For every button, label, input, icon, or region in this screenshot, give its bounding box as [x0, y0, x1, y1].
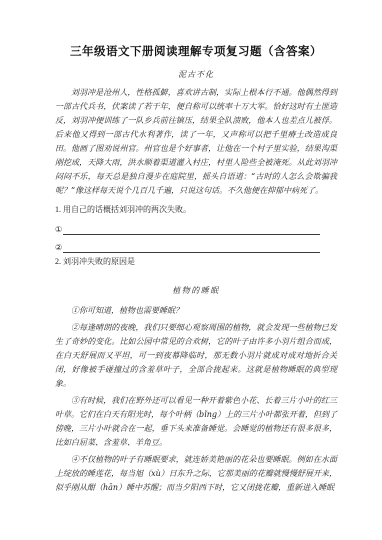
circled-1-marker: ①: [55, 225, 62, 235]
passage1-body: 刘羽冲是沧州人，性格孤僻，喜欢讲古制，实际上根本行不通。他偶然得到一部古代兵书，…: [55, 86, 337, 198]
circled-2-marker: ②: [55, 243, 62, 253]
answer-line-1: [63, 225, 320, 235]
answer-blank-1: ①: [55, 217, 320, 235]
passage2-paragraph-2: ②每逢晴朗的夜晚，我们只要细心观察周围的植物，就会发现一些植物已发生了奇妙的变化…: [55, 321, 337, 391]
passage2-paragraph-4: ④不仅植物的叶子有睡眠要求，就连娇美艳丽的花朵也要睡眠。例如在水面上绽放的睡莲花…: [55, 453, 337, 495]
question-2: 2. 刘羽冲失败的原因是: [55, 255, 337, 269]
page-title: 三年级语文下册阅读理解专项复习题（含答案）: [55, 44, 337, 60]
question-1: 1. 用自己的话概括刘羽冲的两次失败。: [55, 203, 337, 217]
answer-blank-2: ②: [55, 235, 320, 253]
passage2-paragraph-3: ③有时候，我们在野外还可以看见一种开着紫色小花、长着三片小叶的红三叶草。它们在白…: [55, 394, 337, 450]
passage1-title: 泥古不化: [55, 69, 337, 80]
answer-line-2: [63, 243, 320, 253]
passage2-paragraph-1: ①你可知道，植物也需要睡眠？: [55, 304, 337, 318]
passage2-title: 植物的睡眠: [55, 285, 337, 296]
document-page: 三年级语文下册阅读理解专项复习题（含答案） 泥古不化 刘羽冲是沧州人，性格孤僻，…: [0, 0, 382, 540]
